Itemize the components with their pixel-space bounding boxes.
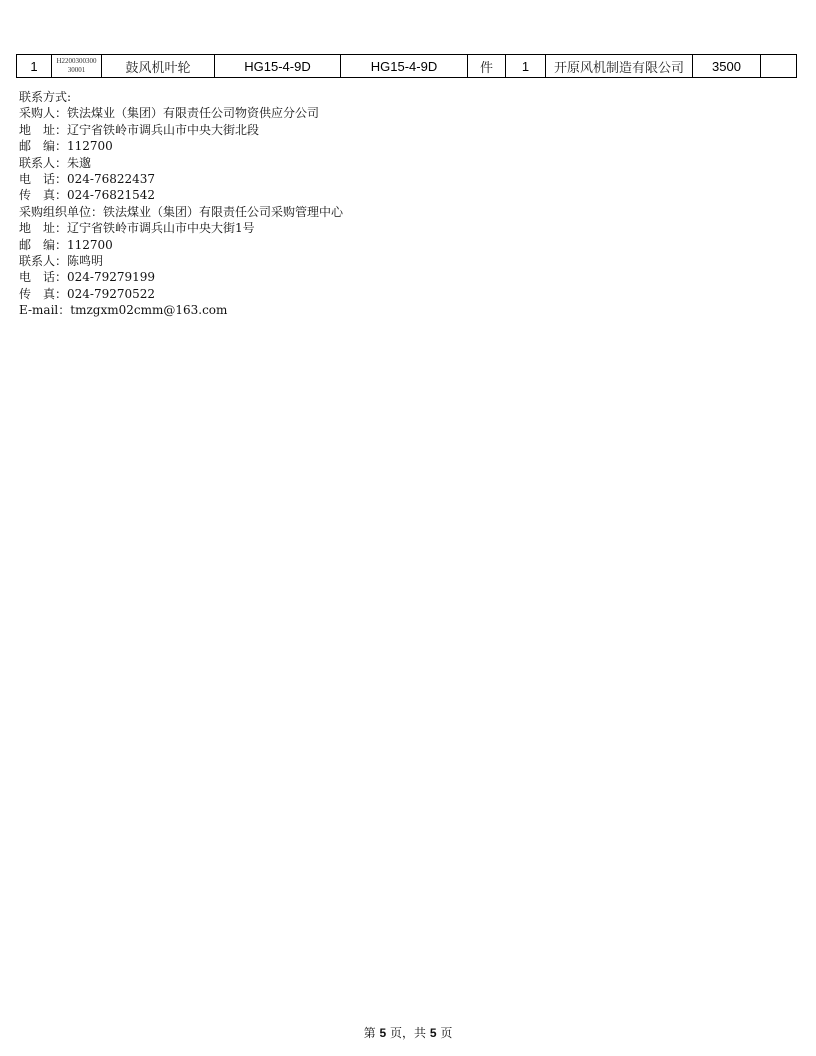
- cell-material-code: H2200300300 30001: [52, 55, 102, 78]
- material-code-line1: H2200300300: [52, 57, 101, 66]
- purchaser-phone: 电 话：024-76822437: [19, 171, 343, 187]
- total-page-count: 5: [430, 1026, 437, 1040]
- organizer-contact-person: 联系人：陈鸣明: [19, 253, 343, 269]
- material-code-line2: 30001: [52, 66, 101, 75]
- cell-price: 3500: [693, 55, 761, 78]
- footer-suffix: 页: [440, 1026, 452, 1040]
- cell-spec: HG15-4-9D: [215, 55, 341, 78]
- contact-info: 联系方式: 采购人：铁法煤业（集团）有限责任公司物资供应分公司 地 址：辽宁省铁…: [19, 89, 343, 319]
- cell-quantity: 1: [506, 55, 546, 78]
- organizer-postcode: 邮 编：112700: [19, 237, 343, 253]
- procurement-organizer: 采购组织单位：铁法煤业（集团）有限责任公司采购管理中心: [19, 204, 343, 220]
- footer-prefix: 第: [364, 1026, 376, 1040]
- cell-model: HG15-4-9D: [341, 55, 468, 78]
- cell-manufacturer: 开原风机制造有限公司: [546, 55, 693, 78]
- cell-unit: 件: [468, 55, 506, 78]
- organizer-address: 地 址：辽宁省铁岭市调兵山市中央大街1号: [19, 220, 343, 236]
- footer-middle: 页，共: [390, 1026, 426, 1040]
- organizer-phone: 电 话：024-79279199: [19, 269, 343, 285]
- cell-index: 1: [17, 55, 52, 78]
- items-table: 1 H2200300300 30001 鼓风机叶轮 HG15-4-9D HG15…: [16, 54, 797, 78]
- table-row: 1 H2200300300 30001 鼓风机叶轮 HG15-4-9D HG15…: [17, 55, 797, 78]
- purchaser-contact-person: 联系人：朱邈: [19, 155, 343, 171]
- organizer-email: E-mail：tmzgxm02cmm@163.com: [19, 302, 343, 318]
- cell-item-name: 鼓风机叶轮: [102, 55, 215, 78]
- purchaser: 采购人：铁法煤业（集团）有限责任公司物资供应分公司: [19, 105, 343, 121]
- current-page-number: 5: [379, 1026, 386, 1040]
- page-footer: 第 5 页，共 5 页: [0, 1024, 816, 1041]
- purchaser-address: 地 址：辽宁省铁岭市调兵山市中央大街北段: [19, 122, 343, 138]
- cell-remark: [761, 55, 797, 78]
- purchaser-postcode: 邮 编：112700: [19, 138, 343, 154]
- organizer-fax: 传 真：024-79270522: [19, 286, 343, 302]
- purchaser-fax: 传 真：024-76821542: [19, 187, 343, 203]
- contact-heading: 联系方式:: [19, 89, 343, 105]
